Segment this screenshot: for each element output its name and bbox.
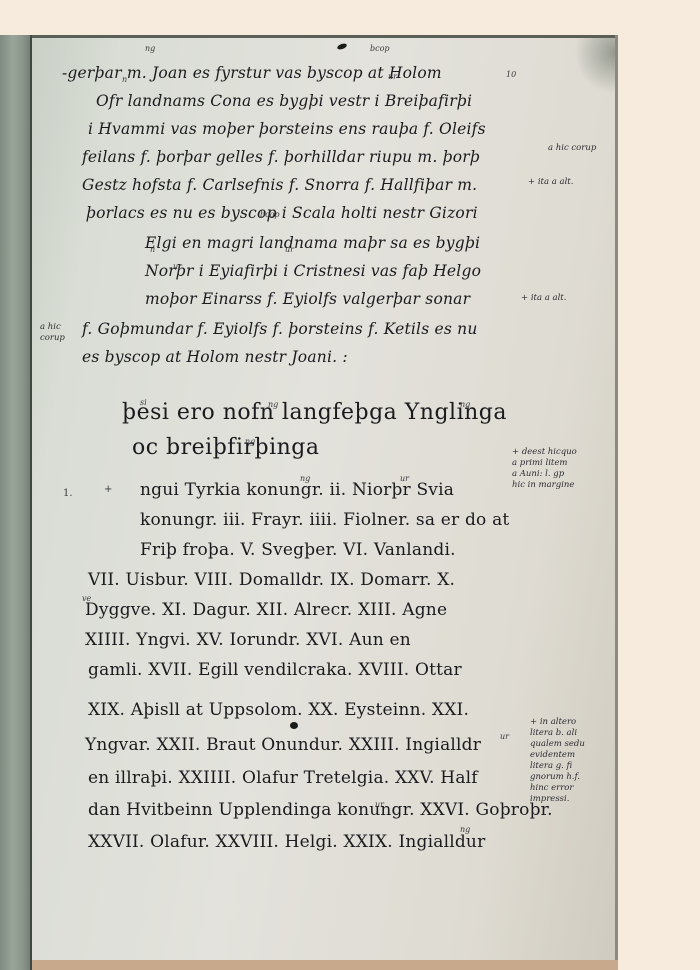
genealogy-line: en illraþi. XXIIII. Olafur Tretelgia. XX… <box>88 768 478 788</box>
right-margin-note: a hic corup <box>548 143 596 154</box>
genealogy-line: XIX. Aþisll at Uppsolom. XX. Eysteinn. X… <box>88 700 469 720</box>
manuscript-line: feilans f. þorþar gelles f. þorhilldar r… <box>82 148 480 166</box>
genealogy-line: konungr. iii. Frayr. iiii. Fiolner. sa e… <box>140 510 509 530</box>
manuscript-line: i Hvammi vas moþer þorsteins ens rauþa f… <box>88 120 486 138</box>
manuscript-line: moþor Einarss f. Eyiolfs valgerþar sonar <box>145 290 470 308</box>
cross-mark-icon: + <box>104 484 112 495</box>
superscript-abbreviation: bcop <box>370 44 390 53</box>
genealogy-line: XXVII. Olafur. XXVIII. Helgi. XXIX. Ingi… <box>88 832 485 852</box>
ink-blot-middle <box>290 722 298 729</box>
superscript-abbreviation: ur <box>285 245 294 254</box>
superscript-abbreviation: ng <box>145 44 155 53</box>
superscript-abbreviation: ur <box>500 732 509 741</box>
heading-line: oc breiþfirþinga <box>132 435 319 460</box>
superscript-abbreviation: n <box>150 245 155 254</box>
superscript-abbreviation: ve <box>82 594 91 603</box>
folio-marker: 10 <box>506 70 516 79</box>
superscript-abbreviation: ur <box>400 474 409 483</box>
page-bottom-edge <box>32 960 618 970</box>
superscript-abbreviation: ur <box>173 262 182 271</box>
manuscript-line: Ofr landnams Cona es bygþi vestr i Breiþ… <box>96 92 472 110</box>
manuscript-line: Elgi en magri landnama maþr sa es bygþi <box>145 234 480 252</box>
genealogy-line: Yngvar. XXII. Braut Onundur. XXIII. Ingi… <box>85 735 481 755</box>
superscript-abbreviation: ng <box>460 825 470 834</box>
right-margin-note: + ita a alt. <box>521 293 566 304</box>
manuscript-line: Gestz hofsta f. Carlsefnis f. Snorra f. … <box>82 176 477 194</box>
genealogy-line: gamli. XVII. Egill vendilcraka. XVIII. O… <box>88 660 462 680</box>
right-margin-note: + deest hicquo a primi litem a Auni: l. … <box>512 447 577 491</box>
genealogy-line: XIIII. Yngvi. XV. Iorundr. XVI. Aun en <box>85 630 411 650</box>
right-margin-note: + ita a alt. <box>528 177 573 188</box>
genealogy-line: Dyggve. XI. Dagur. XII. Alrecr. XIII. Ag… <box>85 600 447 620</box>
genealogy-line: dan Hvitbeinn Upplendinga konungr. XXVI.… <box>88 800 553 820</box>
superscript-abbreviation: ng <box>460 400 470 409</box>
manuscript-line: f. Goþmundar f. Eyiolfs f. þorsteins f. … <box>82 320 478 338</box>
superscript-abbreviation: ur <box>388 72 397 81</box>
genealogy-line: ngui Tyrkia konungr. ii. Niorþr Svia <box>140 480 454 500</box>
superscript-abbreviation: si <box>140 398 147 407</box>
genealogy-line: VII. Uisbur. VIII. Domalldr. IX. Domarr.… <box>88 570 455 590</box>
superscript-abbreviation: bcop <box>260 210 280 219</box>
superscript-abbreviation: ng <box>268 400 278 409</box>
superscript-abbreviation: ng <box>245 437 255 446</box>
left-margin-note: a hic corup <box>40 322 65 344</box>
superscript-abbreviation: ur <box>375 800 384 809</box>
book-binding-gutter <box>0 35 32 970</box>
superscript-abbreviation: ng <box>300 474 310 483</box>
manuscript-line: es byscop at Holom nestr Joani. : <box>82 348 348 366</box>
manuscript-line: Norþr i Eyiafirþi i Cristnesi vas faþ He… <box>145 262 481 280</box>
manuscript-line: -gerþar m. Joan es fyrstur vas byscop at… <box>62 64 442 82</box>
line-number-marker: 1. <box>63 488 73 499</box>
right-margin-note: + in altero litera b. ali qualem sedu ev… <box>530 717 585 805</box>
superscript-abbreviation: n <box>122 75 127 84</box>
genealogy-line: Friþ froþa. V. Svegþer. VI. Vanlandi. <box>140 540 456 560</box>
heading-line: þesi ero nofn langfeþga Ynglinga <box>122 400 507 425</box>
manuscript-line: þorlacs es nu es byscop i Scala holti ne… <box>86 204 478 222</box>
